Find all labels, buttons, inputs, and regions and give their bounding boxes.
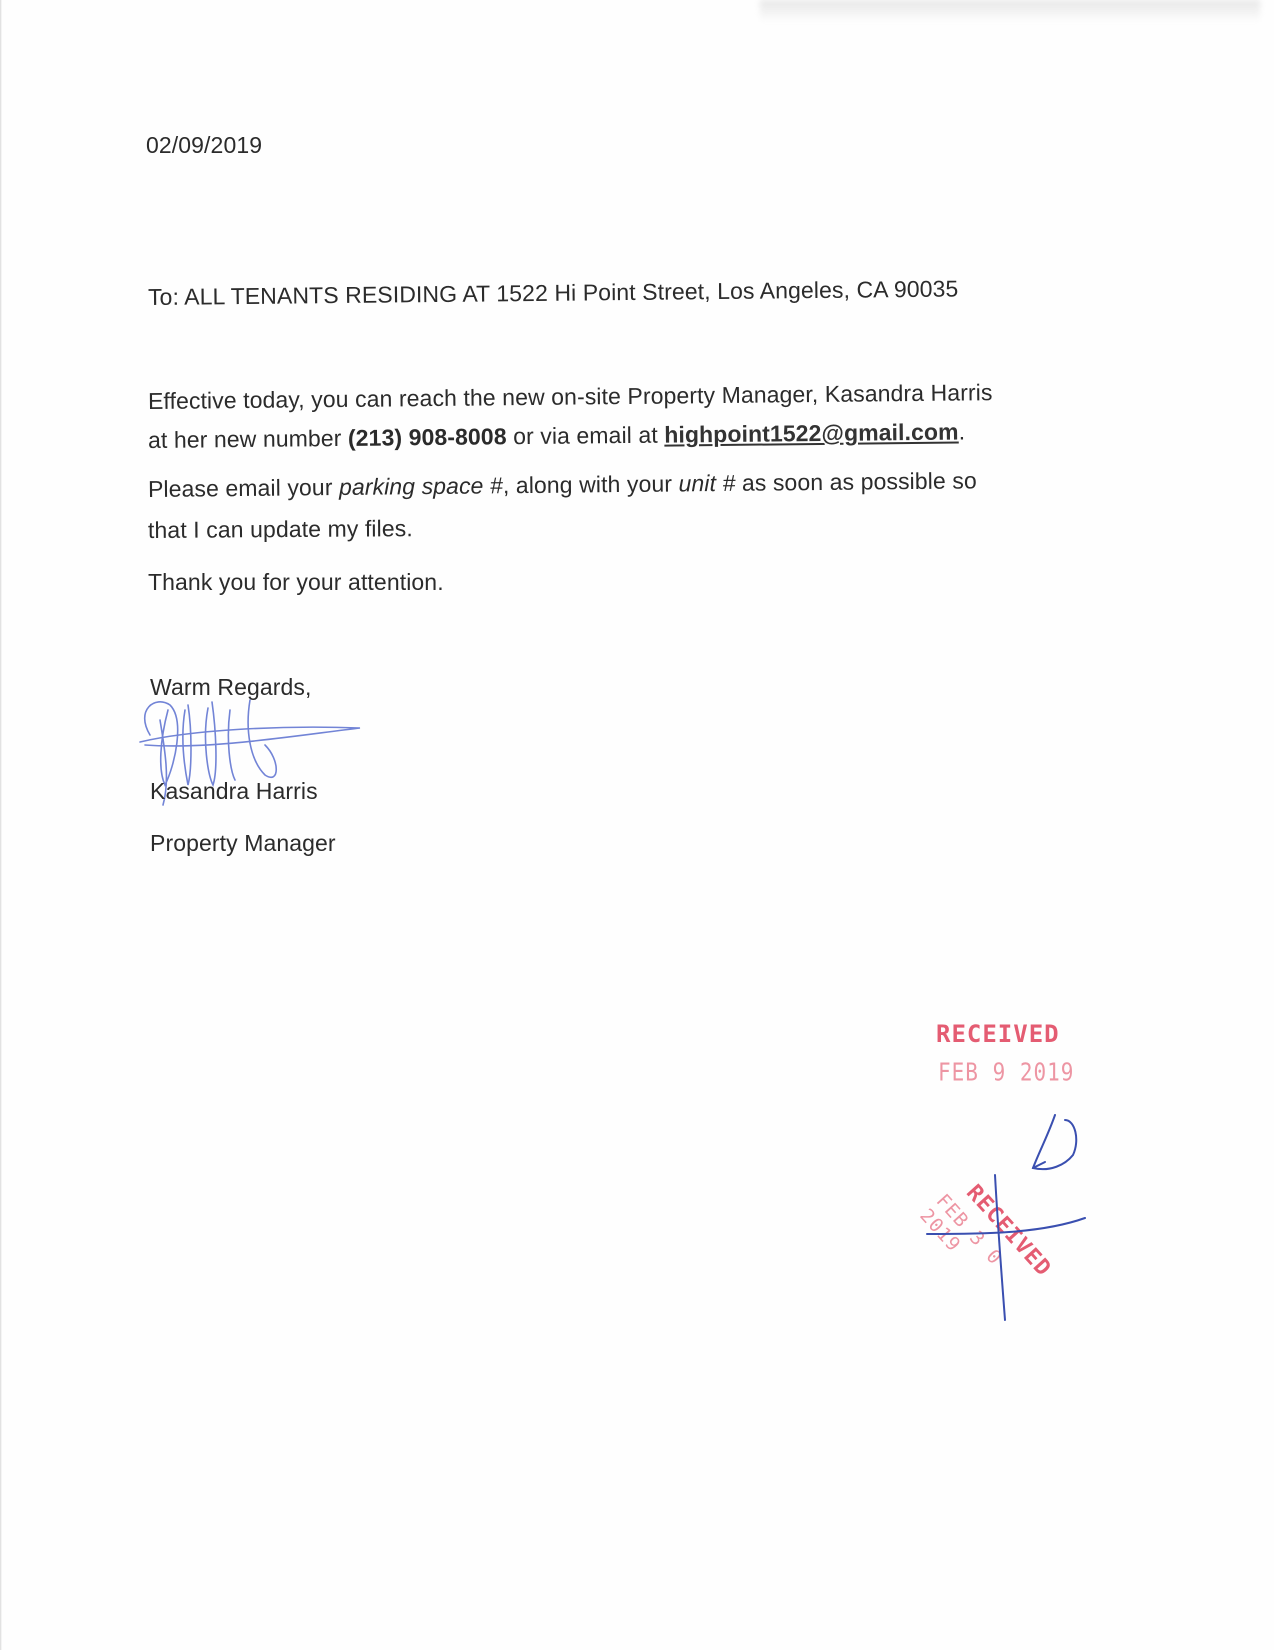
scan-shadow — [760, 0, 1260, 22]
p1-prefix: at her new number — [148, 425, 348, 453]
paragraph-3: Thank you for your attention. — [148, 569, 444, 596]
signer-name: Kasandra Harris — [150, 778, 318, 805]
received-stamp-label: RECEIVED — [936, 1020, 1060, 1048]
letter-date: 02/09/2019 — [146, 132, 262, 159]
page-edge — [0, 0, 2, 1650]
ink-cross-and-initial — [900, 1100, 1120, 1340]
recipient-line: To: ALL TENANTS RESIDING AT 1522 Hi Poin… — [148, 276, 959, 311]
p1-suffix: . — [959, 418, 966, 444]
p2-middle: , along with your — [503, 470, 679, 498]
signer-title: Property Manager — [150, 830, 336, 857]
phone-number: (213) 908-8008 — [348, 423, 507, 451]
email-link[interactable]: highpoint1522@gmail.com — [664, 419, 959, 448]
p2-prefix: Please email your — [148, 474, 339, 502]
paragraph-2-line-1: Please email your parking space #, along… — [148, 467, 977, 503]
p2-suffix: as soon as possible so — [735, 467, 977, 496]
p1-middle: or via email at — [506, 422, 664, 450]
unit-term: unit # — [678, 470, 735, 497]
received-stamp-date: FEB 9 2019 — [938, 1058, 1074, 1087]
parking-space-term: parking space # — [339, 472, 503, 500]
paragraph-1-line-1: Effective today, you can reach the new o… — [148, 379, 993, 415]
paragraph-2-line-2: that I can update my files. — [148, 515, 413, 544]
paragraph-1-line-2: at her new number (213) 908-8008 or via … — [148, 418, 965, 454]
scanned-letter-page: 02/09/2019 To: ALL TENANTS RESIDING AT 1… — [0, 0, 1274, 1650]
